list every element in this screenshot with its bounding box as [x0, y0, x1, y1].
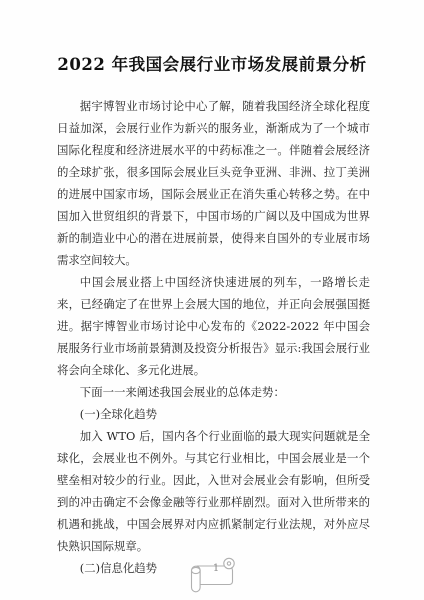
- paragraph-lead-in: 下面一一来阐述我国会展业的总体走势：: [57, 381, 370, 403]
- page-number-ornament: 1: [184, 554, 242, 596]
- heading-globalization-trend: (一)全球化趋势: [57, 403, 370, 425]
- scroll-icon: [184, 554, 242, 596]
- paragraph-report: 中国会展业搭上中国经济快速进展的列车，一路增长走来，已经确定了在世界上会展大国的…: [57, 271, 370, 381]
- document-title: 2022 年我国会展行业市场发展前景分析: [36, 52, 388, 78]
- document-page: 2022 年我国会展行业市场发展前景分析 据宇博智业市场讨论中心了解，随着我国经…: [0, 0, 424, 600]
- page-number: 1: [198, 563, 234, 574]
- document-body: 据宇博智业市场讨论中心了解，随着我国经济全球化程度日益加深，会展行业作为新兴的服…: [57, 95, 370, 579]
- paragraph-wto: 加入 WTO 后，国内各个行业面临的最大现实问题就是全球化，会展业也不例外。与其…: [57, 425, 370, 557]
- paragraph-intro: 据宇博智业市场讨论中心了解，随着我国经济全球化程度日益加深，会展行业作为新兴的服…: [57, 95, 370, 271]
